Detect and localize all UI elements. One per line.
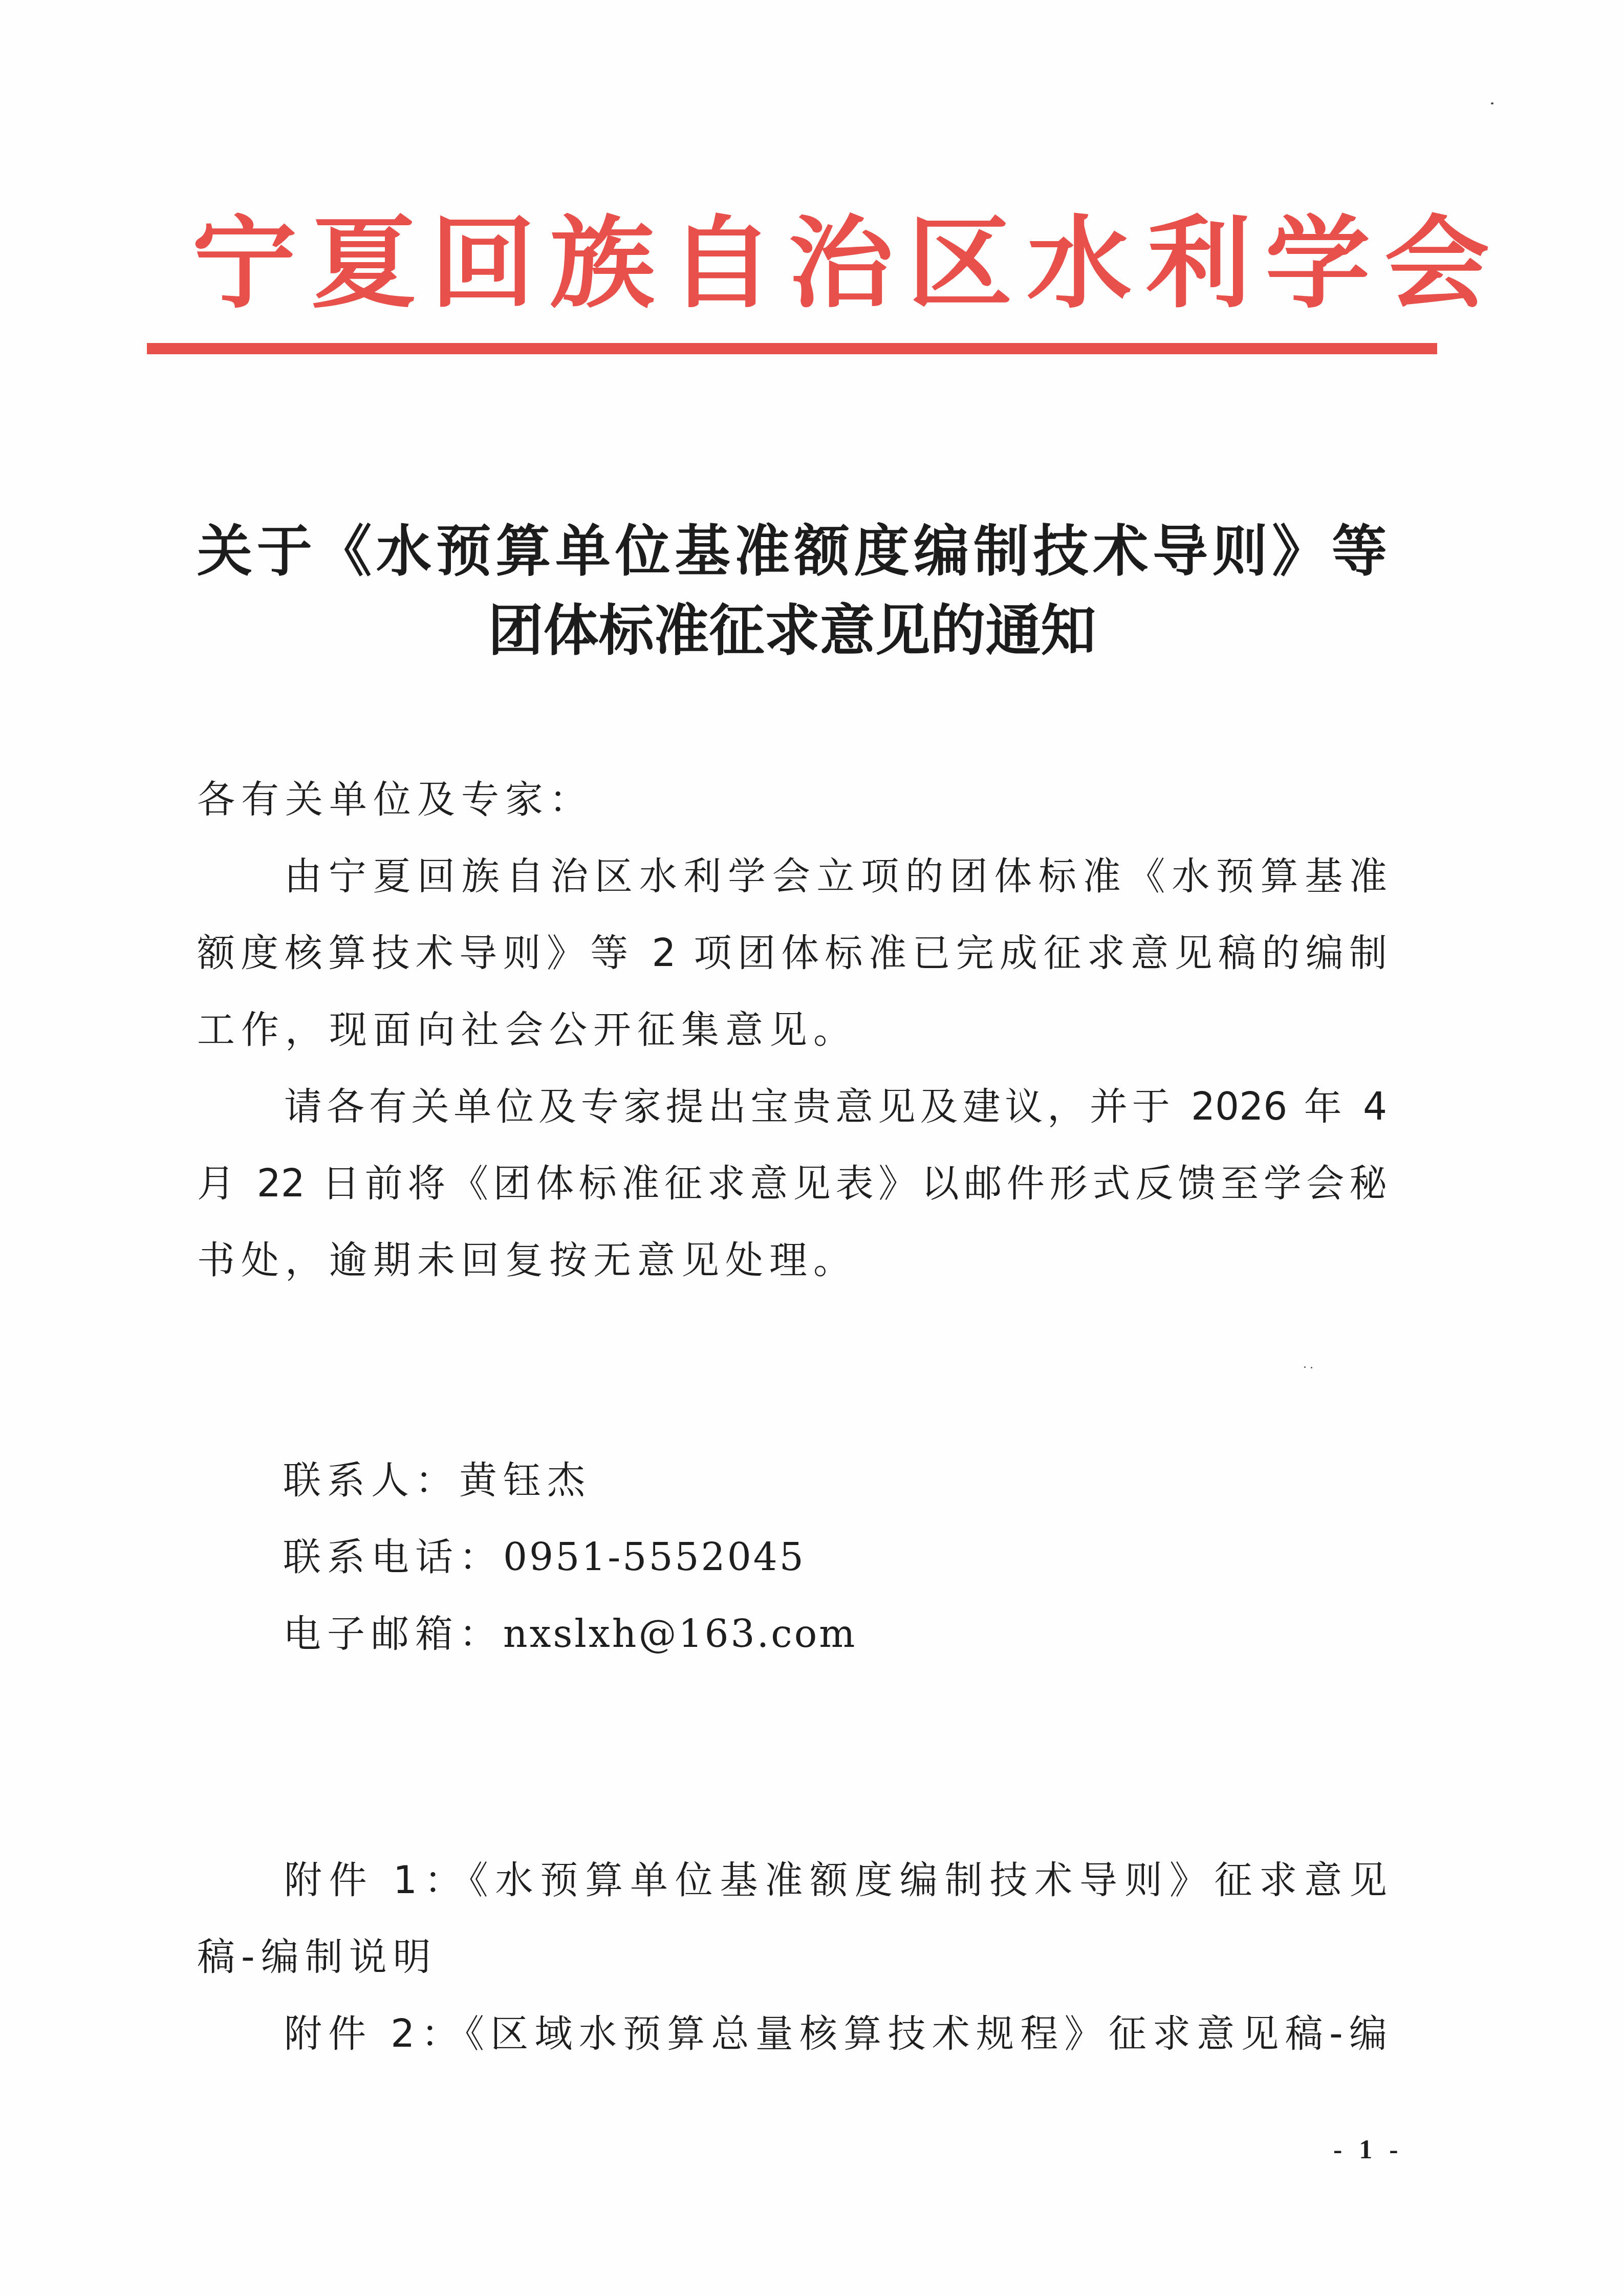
paragraph-project-intro: 由宁夏回族自治区水利学会立项的团体标准《水预算基准 额度核算技术导则》等 2 项… bbox=[197, 838, 1387, 1068]
masthead-red-rule bbox=[147, 343, 1437, 354]
paragraph-line: 额度核算技术导则》等 2 项团体标准已完成征求意见稿的编制 bbox=[197, 915, 1387, 992]
contact-phone-label: 联系电话： bbox=[283, 1535, 503, 1579]
contact-person-label: 联系人： bbox=[283, 1458, 459, 1503]
notice-title-line-2: 团体标准征求意见的通知 bbox=[197, 591, 1387, 671]
contact-person-name: 黄钰杰 bbox=[459, 1458, 591, 1503]
salutation-text: 各有关单位及专家： bbox=[197, 761, 1387, 838]
contact-person-row: 联系人：黄钰杰 bbox=[283, 1442, 857, 1519]
paragraph-line: 由宁夏回族自治区水利学会立项的团体标准《水预算基准 bbox=[197, 838, 1387, 915]
scan-speck bbox=[1311, 1367, 1312, 1368]
paragraph-line: 月 22 日前将《团体标准征求意见表》以邮件形式反馈至学会秘 bbox=[197, 1145, 1387, 1222]
salutation: 各有关单位及专家： bbox=[197, 761, 1387, 838]
contact-phone-row: 联系电话：0951-5552045 bbox=[283, 1519, 857, 1596]
organization-masthead: 宁夏回族自治区水利学会 bbox=[192, 207, 1387, 319]
notice-title-line-1: 关于《水预算单位基准额度编制技术导则》等 bbox=[197, 512, 1387, 591]
scan-speck bbox=[1304, 1366, 1306, 1368]
contact-email-address: nxslxh@163.com bbox=[503, 1612, 857, 1656]
attachments-list: 附件 1：《水预算单位基准额度编制技术导则》征求意见 稿-编制说明 附件 2：《… bbox=[197, 1842, 1387, 2072]
scan-speck bbox=[1491, 102, 1493, 104]
contact-phone-number: 0951-5552045 bbox=[503, 1535, 806, 1579]
contact-block: 联系人：黄钰杰 联系电话：0951-5552045 电子邮箱：nxslxh@16… bbox=[283, 1442, 857, 1672]
contact-email-row: 电子邮箱：nxslxh@163.com bbox=[283, 1596, 857, 1672]
contact-email-label: 电子邮箱： bbox=[283, 1612, 503, 1656]
document-page: 宁夏回族自治区水利学会 关于《水预算单位基准额度编制技术导则》等 团体标准征求意… bbox=[0, 0, 1624, 2296]
attachment-1-line-2: 稿-编制说明 bbox=[197, 1919, 1387, 1995]
paragraph-line: 请各有关单位及专家提出宝贵意见及建议，并于 2026 年 4 bbox=[197, 1068, 1387, 1145]
attachment-2-line-1: 附件 2：《区域水预算总量核算技术规程》征求意见稿-编 bbox=[197, 1995, 1387, 2072]
paragraph-feedback-request: 请各有关单位及专家提出宝贵意见及建议，并于 2026 年 4 月 22 日前将《… bbox=[197, 1068, 1387, 1299]
attachment-1-line-1: 附件 1：《水预算单位基准额度编制技术导则》征求意见 bbox=[197, 1842, 1387, 1919]
paragraph-line: 工作，现面向社会公开征集意见。 bbox=[197, 992, 1387, 1068]
page-number: - 1 - bbox=[1333, 2132, 1403, 2168]
paragraph-line: 书处，逾期未回复按无意见处理。 bbox=[197, 1222, 1387, 1299]
